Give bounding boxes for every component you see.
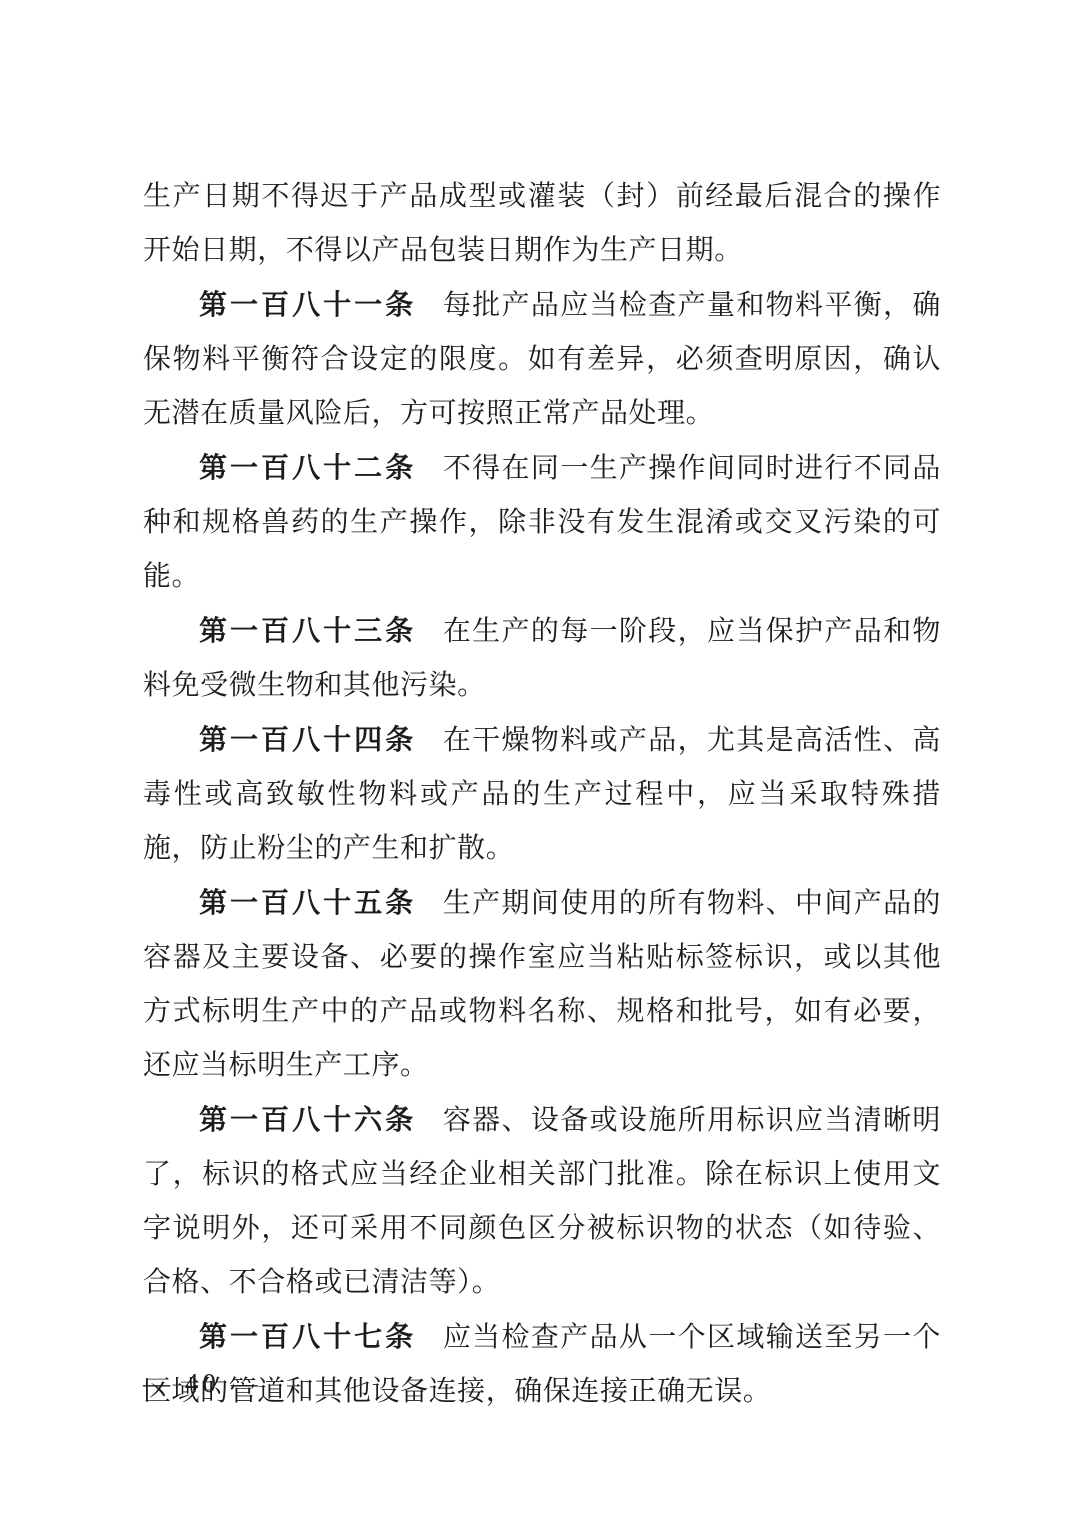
article-number: 第一百八十一条 [199, 289, 416, 320]
article-paragraph-186: 第一百八十六条容器、设备或设施所用标识应当清晰明了，标识的格式应当经企业相关部门… [143, 1093, 941, 1310]
article-paragraph-183: 第一百八十三条在生产的每一阶段，应当保护产品和物料免受微生物和其他污染。 [143, 604, 941, 713]
page-number: — 40 — [143, 1368, 262, 1399]
article-paragraph-181: 第一百八十一条每批产品应当检查产量和物料平衡，确保物料平衡符合设定的限度。如有差… [143, 278, 941, 441]
article-number: 第一百八十二条 [199, 452, 416, 483]
article-number: 第一百八十三条 [199, 615, 416, 646]
paragraph-text: 生产日期不得迟于产品成型或灌装（封）前经最后混合的操作开始日期，不得以产品包装日… [143, 181, 941, 266]
article-number: 第一百八十四条 [199, 724, 416, 755]
page-body: 生产日期不得迟于产品成型或灌装（封）前经最后混合的操作开始日期，不得以产品包装日… [143, 170, 941, 1419]
article-paragraph-182: 第一百八十二条不得在同一生产操作间同时进行不同品种和规格兽药的生产操作，除非没有… [143, 441, 941, 604]
article-paragraph-185: 第一百八十五条生产期间使用的所有物料、中间产品的容器及主要设备、必要的操作室应当… [143, 876, 941, 1093]
paragraph-continuation: 生产日期不得迟于产品成型或灌装（封）前经最后混合的操作开始日期，不得以产品包装日… [143, 170, 941, 278]
article-number: 第一百八十五条 [199, 887, 416, 918]
article-paragraph-184: 第一百八十四条在干燥物料或产品，尤其是高活性、高毒性或高致敏性物料或产品的生产过… [143, 713, 941, 876]
article-number: 第一百八十六条 [199, 1104, 416, 1135]
article-number: 第一百八十七条 [199, 1321, 416, 1352]
article-paragraph-187: 第一百八十七条应当检查产品从一个区域输送至另一个区域的管道和其他设备连接，确保连… [143, 1310, 941, 1419]
document-page: 生产日期不得迟于产品成型或灌装（封）前经最后混合的操作开始日期，不得以产品包装日… [0, 0, 1080, 1527]
